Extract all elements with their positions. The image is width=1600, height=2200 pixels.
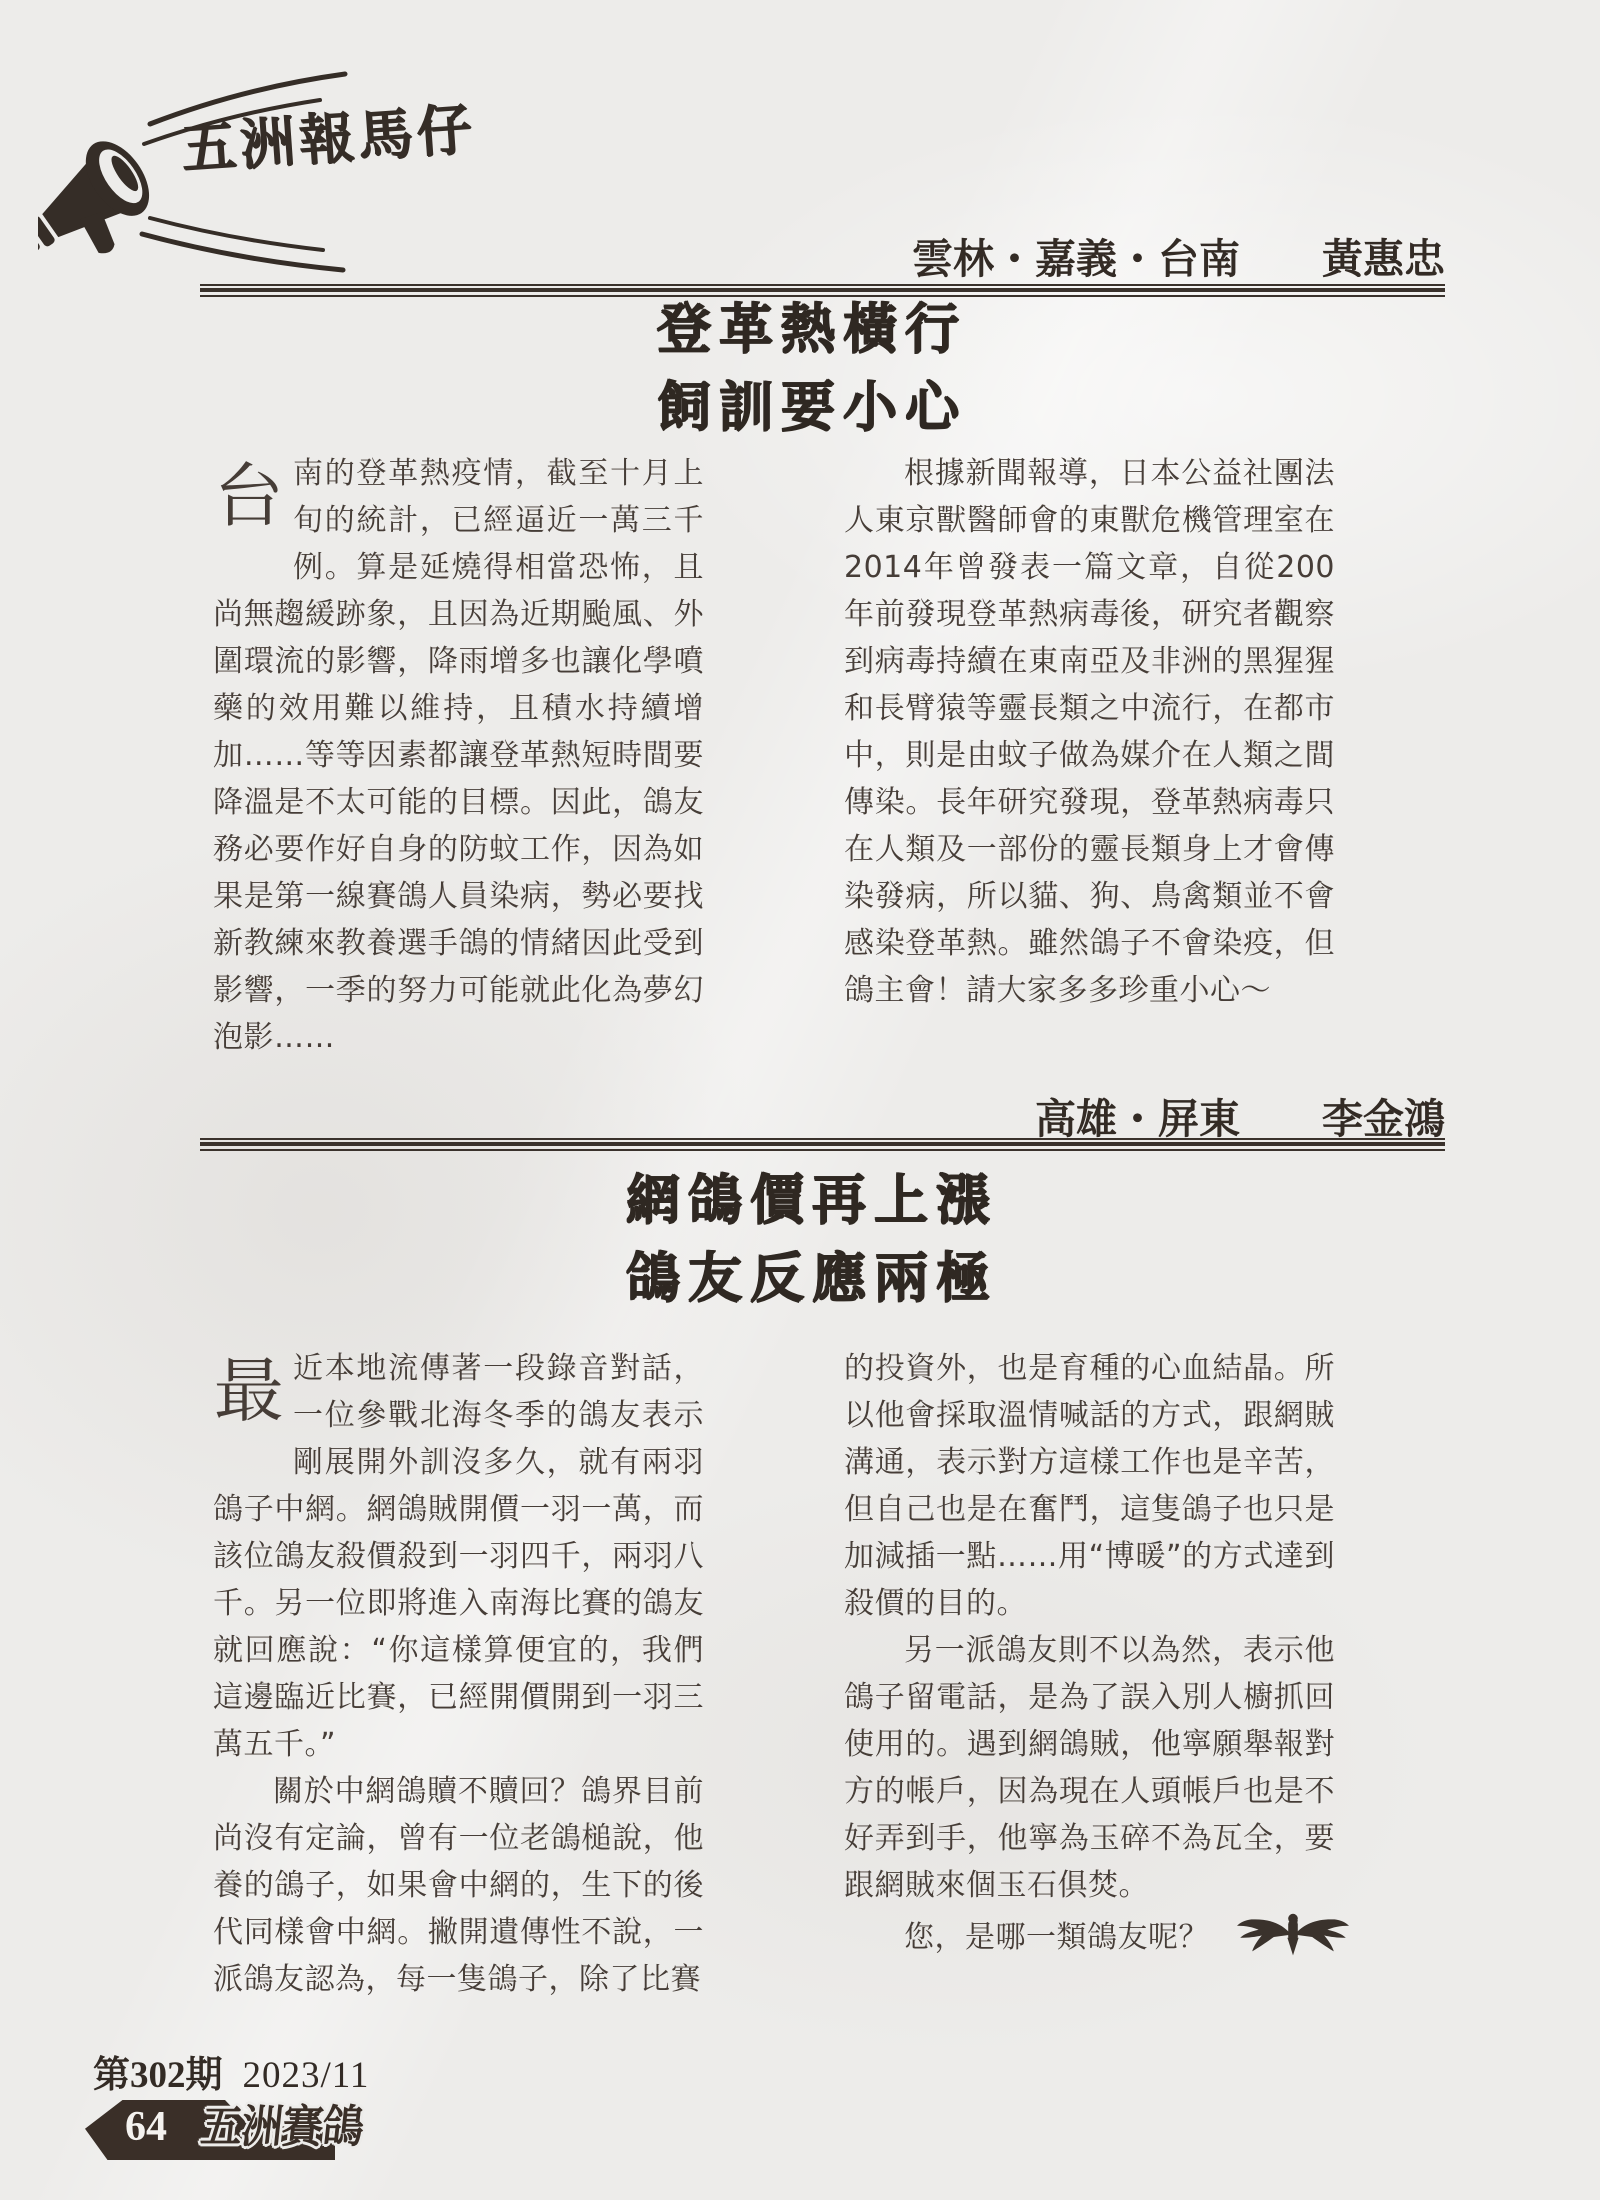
body-paragraph: 近本地流傳著一段錄音對話，一位參戰北海冬季的鴿友表示剛展開外訓沒多久，就有兩羽鴿… (213, 1345, 704, 1768)
brand-logo: 五洲賽鴿 (198, 2098, 366, 2156)
article1-title-line2: 飼訓要小心 (200, 379, 1415, 433)
byline-region: 雲林・嘉義・台南 (912, 236, 1240, 282)
page-number: 64 (125, 2106, 167, 2148)
article1-body: 台 南的登革熱疫情，截至十月上旬的統計，已經逼近一萬三千例。算是延燒得相當恐怖，… (213, 450, 1335, 1061)
dropcap: 台 (213, 453, 285, 545)
body-paragraph: 根據新聞報導，日本公益社團法人東京獸醫師會的東獸危機管理室在2014年曾發表一篇… (844, 450, 1335, 1014)
eagle-endmark-icon (1237, 1909, 1349, 1957)
section-divider-rule (200, 1138, 1445, 1151)
article1-left-column: 台 南的登革熱疫情，截至十月上旬的統計，已經逼近一萬三千例。算是延燒得相當恐怖，… (213, 450, 704, 1061)
article2-title-line1: 網鴿價再上漲 (200, 1172, 1415, 1226)
byline-article2: 高雄・屏東李金鴻 (200, 1086, 1445, 1145)
byline-region: 高雄・屏東 (1035, 1096, 1240, 1142)
closing-question: 您，是哪一類鴿友呢？ (844, 1909, 1335, 1961)
magazine-page: 五洲報馬仔 雲林・嘉義・台南黃惠忠 登革熱橫行 飼訓要小心 台 南的登革熱疫情，… (0, 0, 1600, 2200)
article1-right-column: 根據新聞報導，日本公益社團法人東京獸醫師會的東獸危機管理室在2014年曾發表一篇… (844, 450, 1335, 1061)
body-paragraph: 南的登革熱疫情，截至十月上旬的統計，已經逼近一萬三千例。算是延燒得相當恐怖，且尚… (213, 450, 704, 1061)
article1-title-line1: 登革熱橫行 (200, 301, 1415, 355)
body-paragraph: 關於中網鴿贖不贖回？鴿界目前尚沒有定論，曾有一位老鴿槌說，他養的鴿子，如果會中網… (213, 1768, 704, 2003)
dropcap: 最 (213, 1348, 285, 1440)
byline-author: 李金鴻 (1322, 1096, 1445, 1142)
byline-article1: 雲林・嘉義・台南黃惠忠 (200, 226, 1445, 285)
body-paragraph: 的投資外，也是育種的心血結晶。所以他會採取溫情喊話的方式，跟網賊溝通，表示對方這… (844, 1345, 1335, 1627)
article2-left-column: 最 近本地流傳著一段錄音對話，一位參戰北海冬季的鴿友表示剛展開外訓沒多久，就有兩… (213, 1345, 704, 2003)
article2-body: 最 近本地流傳著一段錄音對話，一位參戰北海冬季的鴿友表示剛展開外訓沒多久，就有兩… (213, 1345, 1335, 2003)
byline-author: 黃惠忠 (1322, 236, 1445, 282)
footer-issue-line: 第302期2023/11 (93, 2044, 369, 2098)
issue-number: 第302期 (93, 2055, 223, 2096)
body-paragraph: 另一派鴿友則不以為然，表示他鴿子留電話，是為了誤入別人櫥抓回使用的。遇到網鴿賊，… (844, 1627, 1335, 1909)
article2-right-column: 的投資外，也是育種的心血結晶。所以他會採取溫情喊話的方式，跟網賊溝通，表示對方這… (844, 1345, 1335, 2003)
issue-date: 2023/11 (243, 2055, 370, 2096)
article2-title-line2: 鴿友反應兩極 (200, 1250, 1415, 1304)
